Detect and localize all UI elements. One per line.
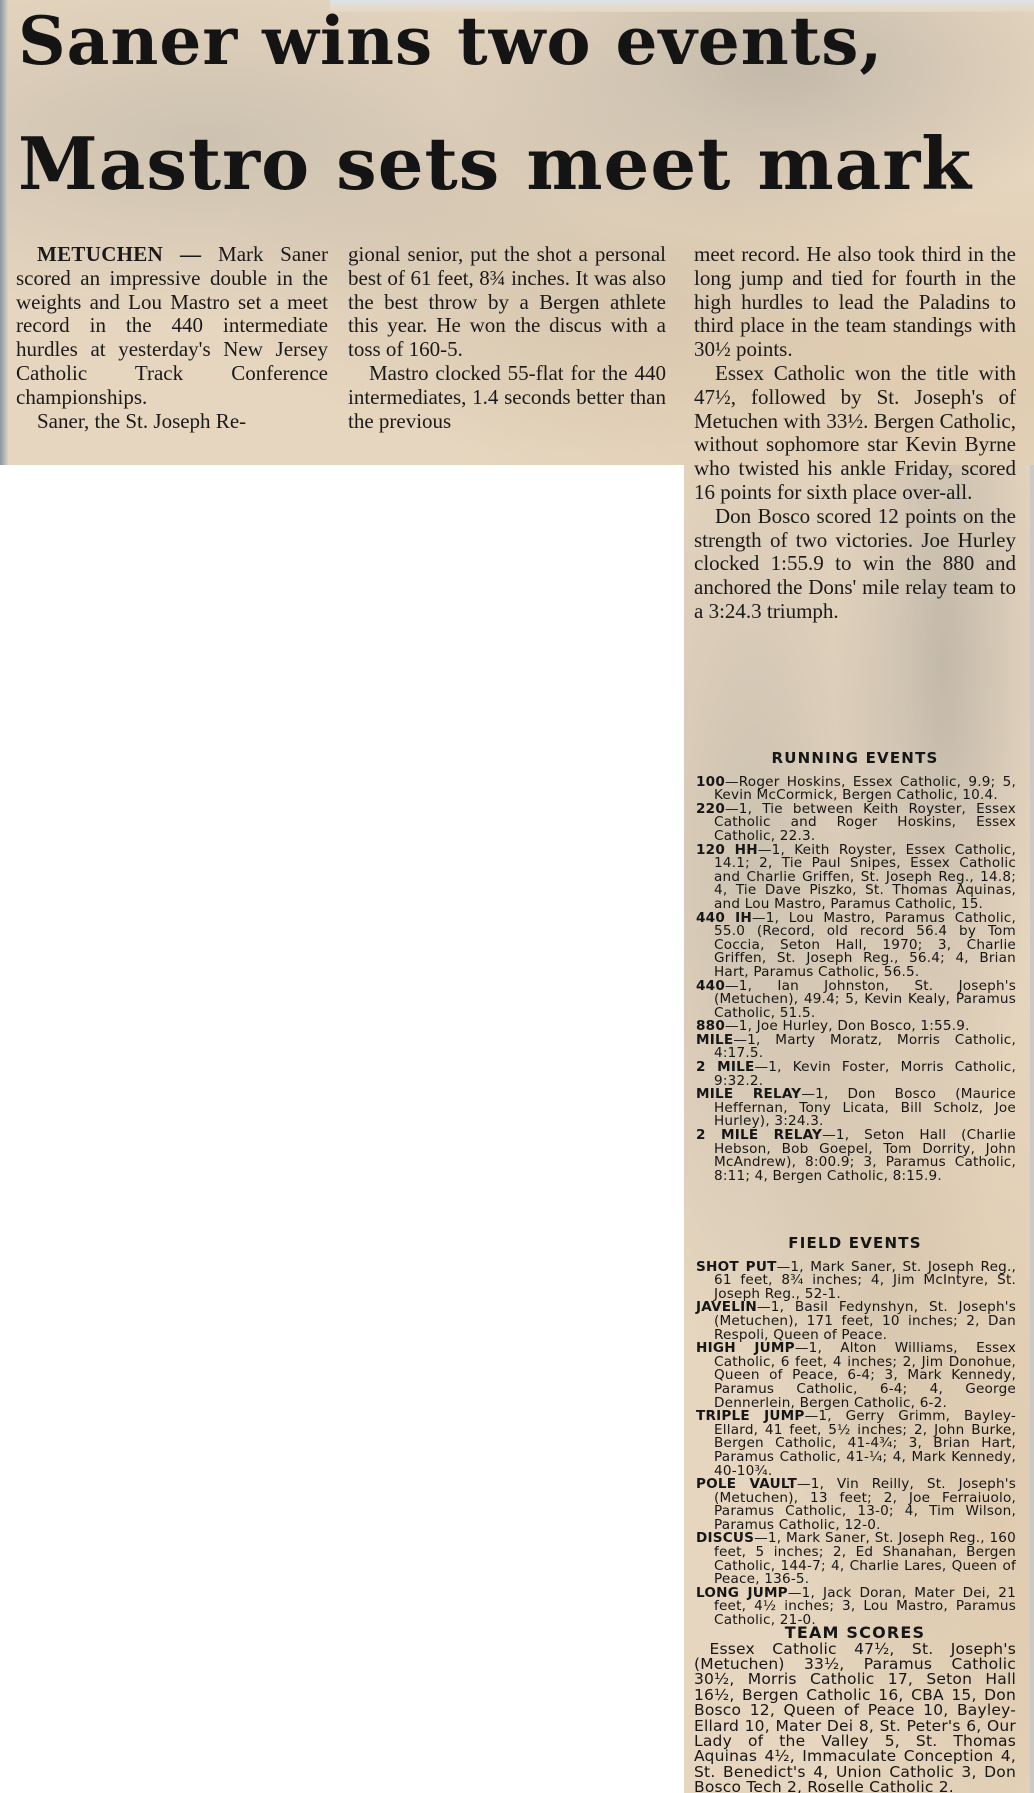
result-entry: LONG JUMP—1, Jack Doran, Mater Dei, 21 f… [694,1587,1016,1628]
result-text: —1, Keith Royster, Essex Catholic, 14.1;… [714,842,1016,912]
result-entry: 2 MILE—1, Kevin Foster, Morris Catholic,… [694,1061,1016,1088]
result-entry: DISCUS—1, Mark Saner, St. Joseph Reg., 1… [694,1532,1016,1586]
result-entry: MILE—1, Marty Moratz, Morris Catholic, 4… [694,1034,1016,1061]
results-list: 100—Roger Hoskins, Essex Catholic, 9.9; … [694,776,1016,1184]
result-entry: POLE VAULT—1, Vin Reilly, St. Joseph's (… [694,1478,1016,1532]
article-column-2: gional senior, put the shot a personal b… [348,243,666,433]
result-entry: 120 HH—1, Keith Royster, Essex Catholic,… [694,844,1016,912]
result-text: —1, Kevin Foster, Morris Catholic, 9:32.… [714,1059,1016,1089]
paragraph: Don Bosco scored 12 points on the streng… [694,505,1016,624]
result-text: —Roger Hoskins, Essex Catholic, 9.9; 5, … [714,774,1016,804]
result-text: —1, Tie between Keith Royster, Essex Cat… [714,801,1016,844]
result-text: —1, Lou Mastro, Paramus Catholic, 55.0 (… [714,910,1016,980]
result-entry: 440—1, Ian Johnston, St. Joseph's (Metuc… [694,980,1016,1021]
paragraph: Mastro clocked 55-flat for the 440 inter… [348,362,666,433]
result-entry: 100—Roger Hoskins, Essex Catholic, 9.9; … [694,776,1016,803]
result-entry: 220—1, Tie between Keith Royster, Essex … [694,803,1016,844]
results-list: SHOT PUT—1, Mark Saner, St. Joseph Reg.,… [694,1261,1016,1628]
result-text: —1, Basil Fedynshyn, St. Joseph's (Metuc… [714,1299,1016,1342]
result-entry: HIGH JUMP—1, Alton Williams, Essex Catho… [694,1342,1016,1410]
result-text: —1, Ian Johnston, St. Joseph's (Metuchen… [714,978,1016,1021]
dateline: METUCHEN — [37,242,201,266]
article-column-3: meet record. He also took third in the l… [694,243,1016,624]
result-entry: JAVELIN—1, Basil Fedynshyn, St. Joseph's… [694,1301,1016,1342]
section-heading: TEAM SCORES [694,1626,1016,1640]
headline-line-1: Saner wins two events, [18,8,883,74]
headline-line-2: Mastro sets meet mark [18,128,972,200]
section-heading: FIELD EVENTS [694,1237,1016,1251]
result-entry: TRIPLE JUMP—1, Gerry Grimm, Bayley-Ellar… [694,1410,1016,1478]
section-heading: RUNNING EVENTS [694,752,1016,766]
result-entry: 2 MILE RELAY—1, Seton Hall (Charlie Hebs… [694,1129,1016,1183]
team-scores-text: Essex Catholic 47½, St. Joseph's (Metuch… [694,1642,1016,1793]
paragraph: Essex Catholic won the title with 47½, f… [694,362,1016,505]
paragraph: gional senior, put the shot a personal b… [348,243,666,362]
field-events-section: FIELD EVENTS SHOT PUT—1, Mark Saner, St.… [694,1237,1016,1628]
team-scores-section: TEAM SCORES Essex Catholic 47½, St. Jose… [694,1626,1016,1793]
result-text: —1, Marty Moratz, Morris Catholic, 4:17.… [714,1032,1016,1062]
torn-edge [0,0,8,465]
result-text: —1, Mark Saner, St. Joseph Reg., 160 fee… [714,1530,1016,1587]
running-events-section: RUNNING EVENTS 100—Roger Hoskins, Essex … [694,752,1016,1183]
paragraph: meet record. He also took third in the l… [694,243,1016,362]
result-entry: SHOT PUT—1, Mark Saner, St. Joseph Reg.,… [694,1261,1016,1302]
result-entry: 440 IH—1, Lou Mastro, Paramus Catholic, … [694,912,1016,980]
result-entry: MILE RELAY—1, Don Bosco (Maurice Heffern… [694,1088,1016,1129]
article-column-1: METUCHEN — Mark Saner scored an impressi… [16,243,328,433]
paragraph: Saner, the St. Joseph Re- [16,410,328,434]
paragraph: METUCHEN — Mark Saner scored an impressi… [16,243,328,410]
